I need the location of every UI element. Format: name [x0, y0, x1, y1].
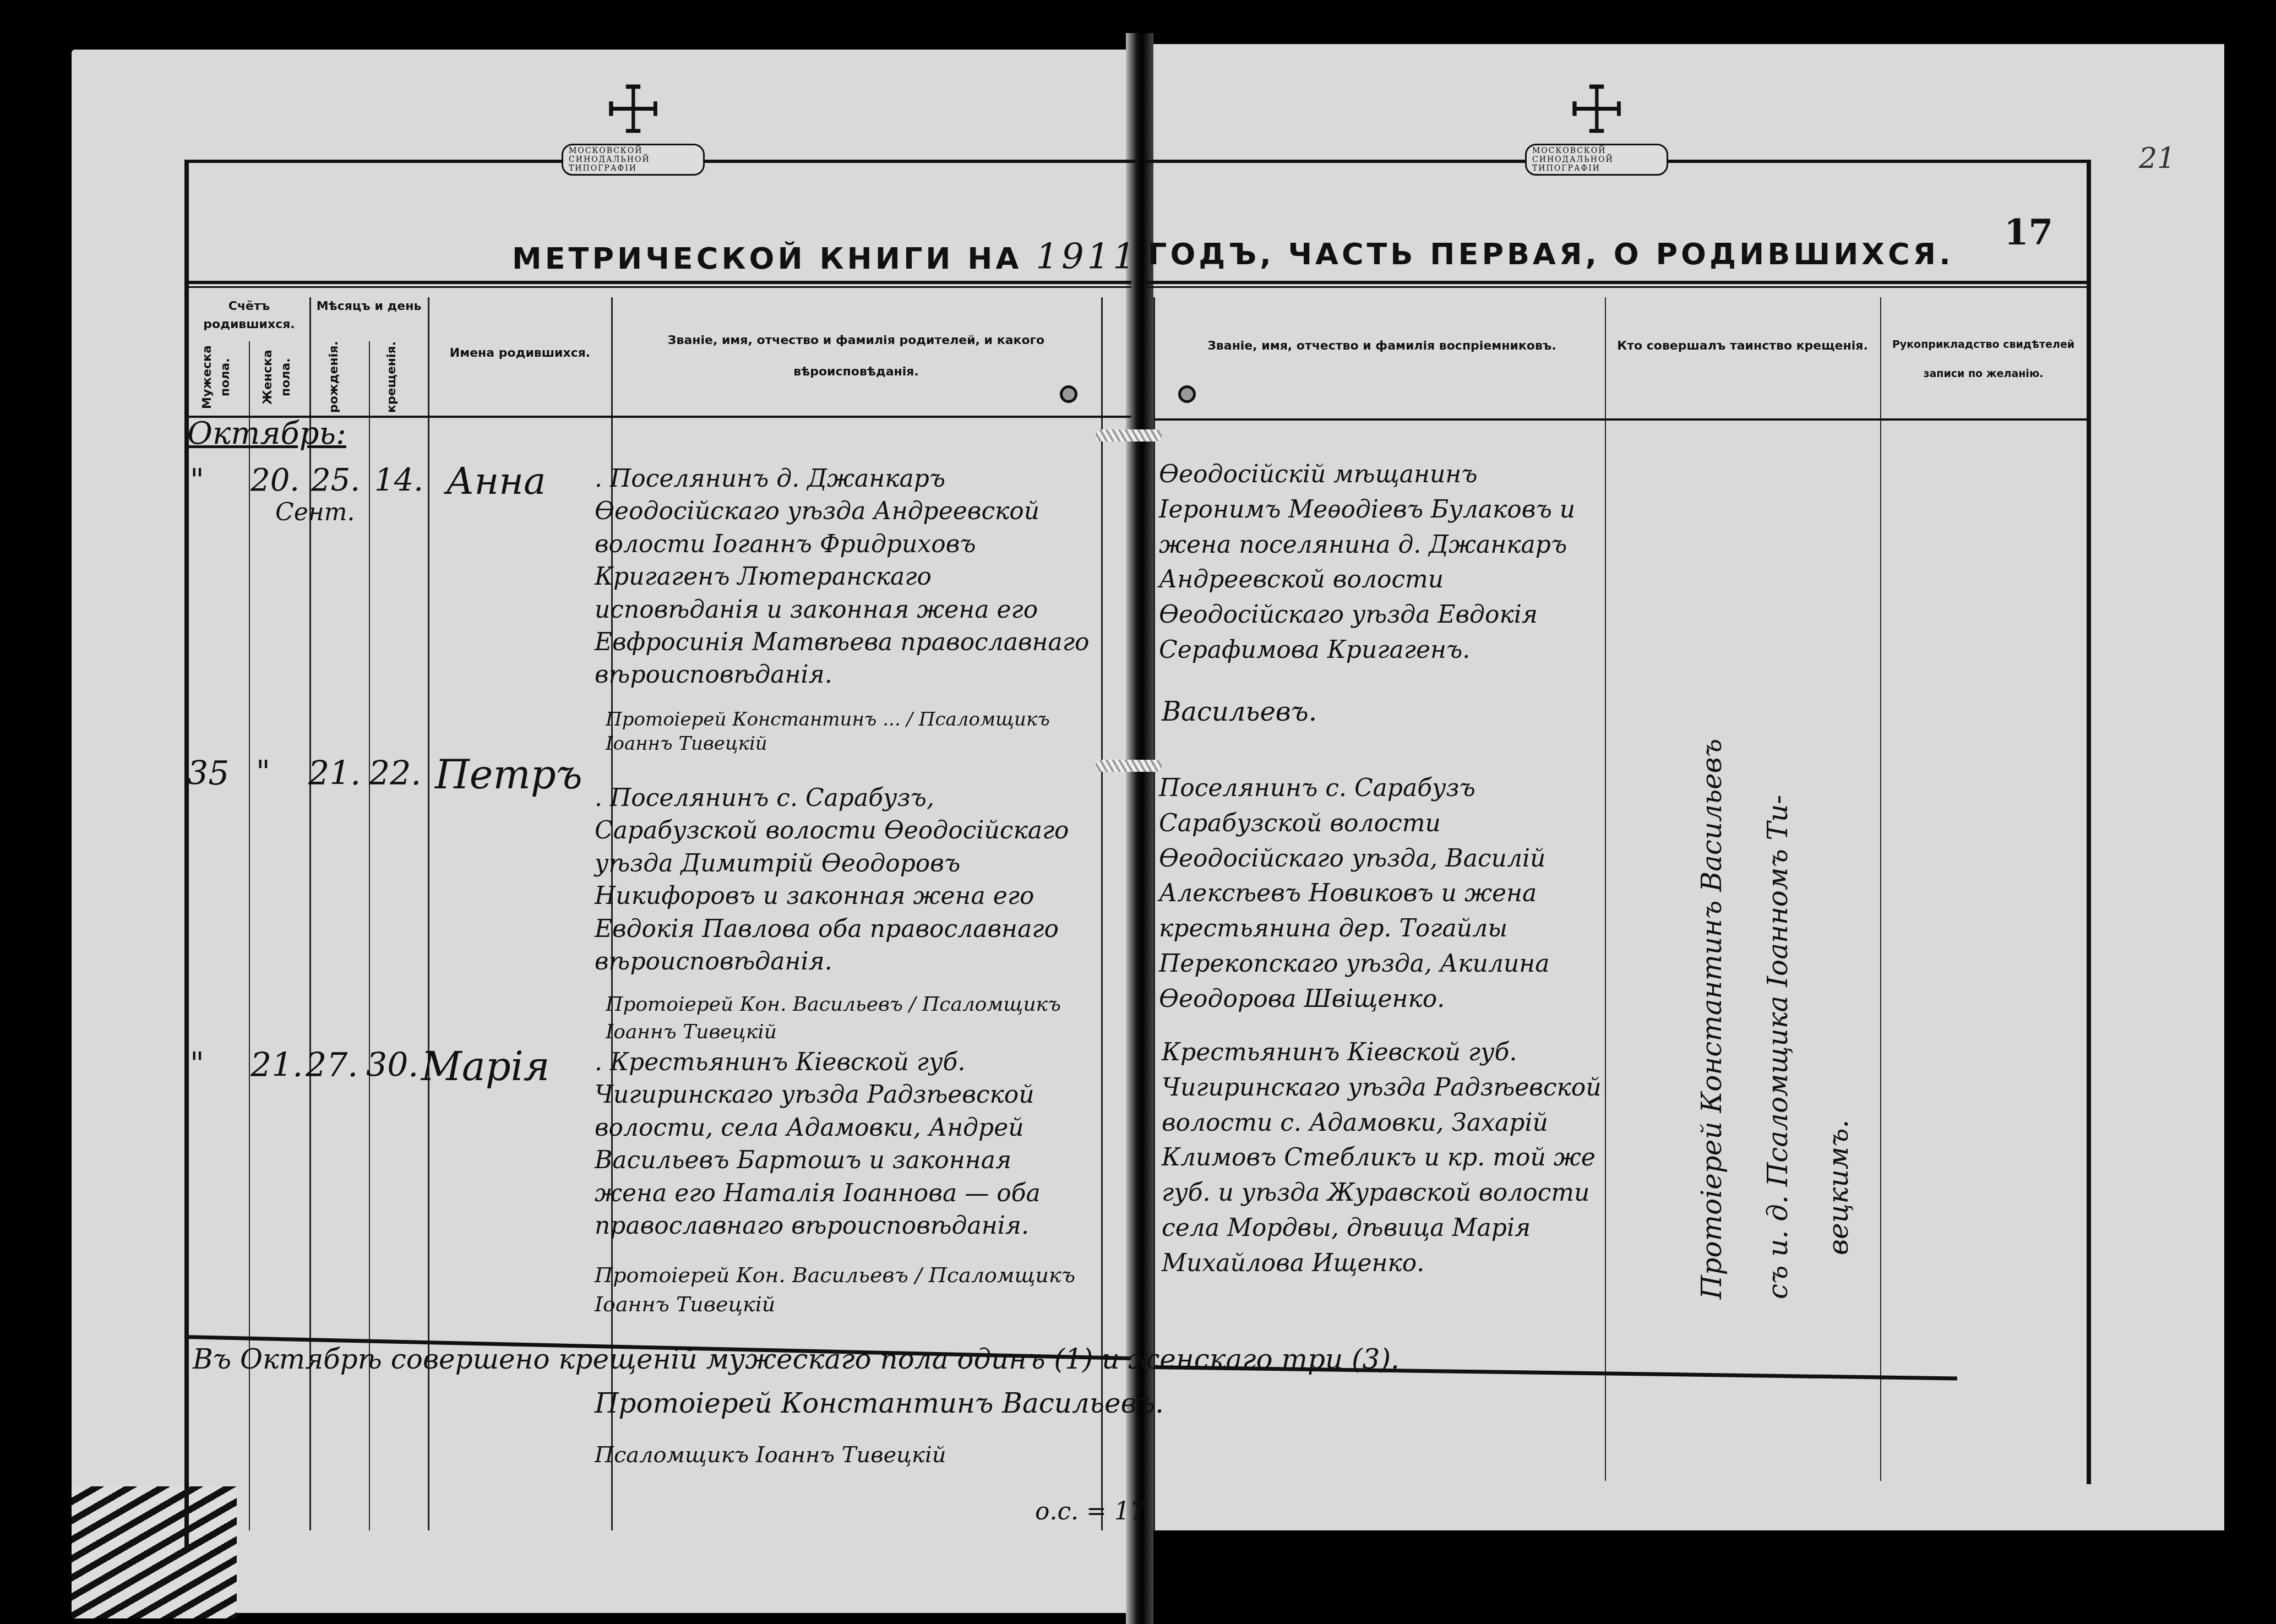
officiant-note-line-2: съ и. д. Псаломщика Іоанномъ Ти- — [1762, 429, 1794, 1299]
margin-note: о.с. = 17 — [1035, 1497, 1145, 1525]
summary-signature-priest: Протоіерей Константинъ Васильевъ. — [595, 1387, 1164, 1419]
col-divider — [1880, 297, 1881, 1481]
entry-1-male-count: " — [190, 462, 204, 498]
binding-hole-right — [1178, 385, 1196, 403]
archive-folio-number: 21 — [2139, 142, 2175, 175]
entry-2-godparents: Поселянинъ с. Сарабузъ Сарабузской волос… — [1159, 771, 1599, 1017]
entry-3-parents-signature: Протоіерей Кон. Васильевъ / Псаломщикъ І… — [595, 1261, 1079, 1319]
entry-2-birth-day: 21. — [308, 754, 361, 793]
entry-1-parents-signature: Протоіерей Константинъ ... / Псаломщикъ … — [606, 707, 1090, 756]
header-birth-count: Счётъ родившихся. — [190, 297, 308, 334]
header-bottom-rule-right — [1153, 418, 2087, 421]
title-rule-right — [1145, 281, 2087, 288]
header-godparents: Званіе, имя, отчество и фамилія воспріем… — [1162, 330, 1602, 362]
entry-1-godparents-signature: Васильевъ. — [1162, 696, 1317, 727]
title-prefix: МЕТРИЧЕСКОЙ КНИГИ НА — [512, 241, 1022, 276]
title-year: 1911 — [1036, 237, 1139, 277]
entry-3-child-name: Марія — [421, 1043, 549, 1089]
entry-2-parents-signature: Протоіерей Кон. Васильевъ / Псаломщикъ І… — [606, 991, 1090, 1047]
summary-signature-psalmist: Псаломщикъ Іоаннъ Тивецкій — [595, 1442, 946, 1468]
month-label: Октябрь: — [187, 416, 346, 451]
header-names: Имена родившихся. — [431, 344, 609, 362]
entry-1-child-name: Анна — [446, 460, 546, 503]
officiant-note-line-3: вецкимъ. — [1822, 771, 1854, 1255]
entry-3-male-count: " — [190, 1046, 204, 1082]
header-baptism-date: крещенія. — [383, 341, 401, 413]
header-month-day: Мѣсяцъ и день — [311, 297, 427, 315]
page-title-left: МЕТРИЧЕСКОЙ КНИГИ НА 1911 — [512, 237, 1139, 277]
header-birth-date: рожденія. — [325, 341, 343, 413]
header-witnesses: Рукоприкладство свидѣтелей записи по жел… — [1883, 330, 2084, 389]
binding-thread — [1096, 429, 1162, 442]
entry-3-birth-day: 27. — [306, 1046, 358, 1085]
header-male: Мужеска пола. — [198, 341, 235, 413]
entry-2-baptism-day: 22. — [369, 754, 421, 793]
entry-1-female-count: 20. — [251, 462, 300, 498]
title-rule-left — [184, 281, 1131, 288]
binding-thread — [1096, 760, 1162, 772]
entry-1-birth-day: 25. — [311, 462, 360, 498]
entry-3-female-count: 21. — [251, 1046, 303, 1085]
col-divider — [1605, 297, 1606, 1481]
imperial-eagle-emblem-left: ☩ МОСКОВСКОЙ СИНОДАЛЬНОЙ ТИПОГРАФІИ — [562, 72, 705, 182]
double-headed-eagle-icon: ☩ — [1567, 78, 1626, 144]
binding-hole-left — [1060, 385, 1077, 403]
entry-1-parents: . Поселянинъ д. Джанкаръ Ѳеодосійскаго у… — [595, 462, 1090, 691]
officiant-note-line-1: Протоіерей Константинъ Васильевъ — [1696, 440, 1728, 1299]
emblem-ribbon-text: МОСКОВСКОЙ СИНОДАЛЬНОЙ ТИПОГРАФІИ — [562, 144, 705, 176]
entry-2-parents: . Поселянинъ с. Сарабузъ, Сарабузской во… — [595, 782, 1090, 978]
summary-text: Въ Октябрѣ совершено крещеній мужескаго … — [193, 1343, 2010, 1375]
page-number: 17 — [2004, 212, 2053, 253]
entry-2-male-count: 35 — [187, 754, 229, 793]
entry-1-godparents: Ѳеодосійскій мѣщанинъ Іеронимъ Меѳодіевъ… — [1159, 457, 1599, 668]
entry-3-godparents: Крестьянинъ Кіевской губ. Чигиринскаго у… — [1162, 1035, 1613, 1281]
entry-1-birth-month: Сент. — [275, 498, 355, 526]
emblem-ribbon-text: МОСКОВСКОЙ СИНОДАЛЬНОЙ ТИПОГРАФІИ — [1525, 144, 1668, 176]
entry-1-baptism-day: 14. — [374, 462, 423, 498]
imperial-eagle-emblem-right: ☩ МОСКОВСКОЙ СИНОДАЛЬНОЙ ТИПОГРАФІИ — [1525, 72, 1668, 182]
entry-2-female-count: " — [256, 754, 270, 790]
entry-3-baptism-day: 30. — [366, 1046, 418, 1085]
header-female: Женска пола. — [259, 341, 295, 413]
entry-2-child-name: Петръ — [435, 751, 582, 798]
double-headed-eagle-icon: ☩ — [603, 78, 663, 144]
header-officiant: Кто совершалъ таинство крещенія. — [1610, 330, 1875, 362]
page-title-right: ГОДЪ, ЧАСТЬ ПЕРВАЯ, О РОДИВШИХСЯ. — [1148, 237, 1954, 271]
entry-3-parents: . Крестьянинъ Кіевской губ. Чигиринскаго… — [595, 1046, 1090, 1242]
header-parents: Званіе, имя, отчество и фамилія родителе… — [614, 325, 1098, 388]
